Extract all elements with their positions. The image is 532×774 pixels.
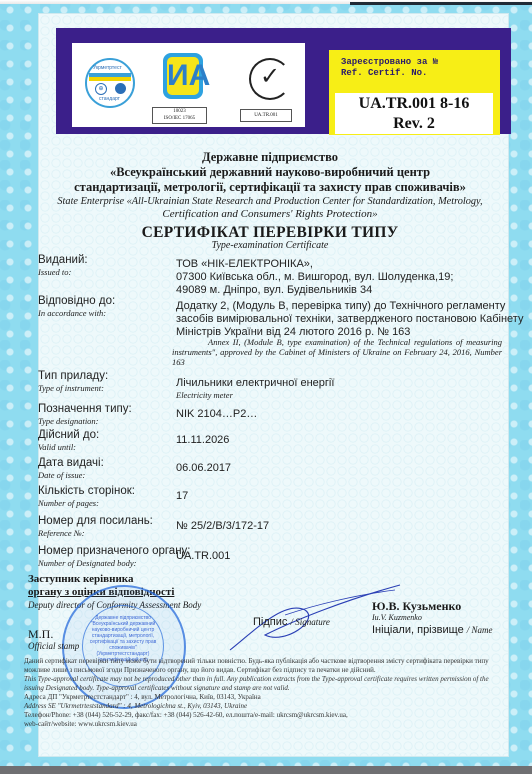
name-label: Ініціали, прізвище [372, 624, 464, 636]
instrument-type-label: Тип приладу: Type of instrument: [38, 370, 108, 393]
address-en: Address SE "Ukrmetrteststandard" : 4, Me… [24, 702, 504, 711]
stamp-text: Державне підприємство "Всеукраїнський де… [88, 615, 158, 663]
issuer-line-1: Державне підприємство [40, 150, 500, 165]
conformity-mark-icon: ✓ [249, 58, 291, 100]
mark-icon: ⊕ [95, 83, 107, 95]
logo-left-bottom-text: стандарт [99, 96, 120, 102]
designated-body-value: UA.TR.001 [176, 550, 230, 563]
issuer-block: Державне підприємство «Всеукраїнський де… [40, 150, 500, 221]
ref-label-en: Ref. Certif. No. [341, 68, 438, 79]
signatory-name: Ю.В. Кузьменко [372, 600, 493, 612]
accreditation-caption-number: 10023 [153, 108, 206, 115]
registration-box: Зареєстровано за № Ref. Certif. No. UA.T… [329, 50, 500, 135]
type-designation-label: Позначення типу: Type designation: [38, 403, 132, 426]
conformity-mark-caption: UA.TR.001 [240, 109, 292, 122]
pages-value: 17 [176, 490, 188, 503]
issuer-line-2: «Всеукраїнський державний науково-виробн… [40, 165, 500, 180]
ukrmetrteststandard-logo-icon: Укрметртест ⊕ стандарт [85, 58, 135, 108]
conformity-mark-glyph: ✓ [251, 62, 289, 90]
scan-bottom-edge [0, 766, 532, 774]
official-stamp-label: М.П. Official stamp [28, 628, 79, 652]
accordance-value: Додатку 2, (Модуль В, перевірка типу) до… [176, 300, 523, 339]
issuer-line-3: стандартизації, метрології, сертифікації… [40, 180, 500, 195]
accordance-en: Annex II, (Module B, type examination) o… [172, 337, 502, 367]
c-mark-icon [115, 83, 126, 94]
issuer-en-line-1: State Enterprise «All-Ukrainian State Re… [40, 195, 500, 208]
address-ua: Адреса ДП "Укрметртестстандарт" : 4, вул… [24, 693, 504, 702]
ref-revision: Rev. 2 [335, 114, 493, 134]
instrument-type-value: Лічильники електричної енергії Electrici… [176, 377, 334, 400]
valid-until-label: Дійсний до: Valid until: [38, 429, 99, 452]
issued-to-value: ТОВ «НІК-ЕЛЕКТРОНІКА», 07300 Київська об… [176, 258, 453, 297]
valid-until-value: 11.11.2026 [176, 434, 229, 447]
type-designation-value: NIK 2104…P2… [176, 408, 257, 421]
contact-website: web-сайт/website: www.ukrcsm.kiev.ua [24, 720, 504, 729]
designated-body-label: Номер призначеного органу: Number of Des… [38, 545, 191, 568]
notice-en: This Type-approval certificate may not b… [24, 675, 504, 693]
reference-value: № 25/2/В/3/172-17 [176, 520, 269, 533]
accreditation-caption: 10023 ISO/IEC 17065 [152, 107, 207, 124]
deputy-line-1: Заступник керівника [28, 573, 201, 586]
legal-notice: Даний сертифікат перевірки типу може бут… [24, 657, 504, 729]
contact-phone: Телефон/Phone: +38 (044) 526-52-29, факс… [24, 711, 504, 720]
scan-edge-shadow [350, 2, 532, 5]
issuer-en-line-2: Certification and Consumers' Rights Prot… [40, 208, 500, 221]
reference-label: Номер для посилань: Reference №: [38, 515, 153, 538]
signature-label: Підпис / Signature [253, 616, 330, 628]
issued-to-label: Виданий: Issued to: [38, 254, 88, 277]
ref-number: UA.TR.001 8-16 [335, 94, 493, 114]
signatory-name-block: Ю.В. Кузьменко Iu.V. Kuzmenko Ініціали, … [372, 600, 493, 636]
certificate-subtitle: Type-examination Certificate [40, 240, 500, 251]
accreditation-logo-icon: ИА [163, 53, 203, 99]
date-of-issue-label: Дата видачі: Date of issue: [38, 457, 104, 480]
accreditation-letters: ИА [167, 57, 199, 95]
signatory-name-en: Iu.V. Kuzmenko [372, 612, 493, 624]
logo-left-top-text: Укрметртест [93, 65, 122, 71]
ref-label-ua: Зареєстровано за № [341, 57, 438, 68]
pages-label: Кількість сторінок: Number of pages: [38, 485, 135, 508]
accreditation-caption-standard: ISO/IEC 17065 [153, 115, 206, 122]
ref-number-box: UA.TR.001 8-16 Rev. 2 [335, 93, 493, 134]
date-of-issue-value: 06.06.2017 [176, 462, 231, 475]
notice-ua: Даний сертифікат перевірки типу може бут… [24, 657, 504, 675]
logos-panel: Укрметртест ⊕ стандарт ИА 10023 ISO/IEC … [72, 43, 305, 127]
name-label-en: / Name [467, 625, 493, 635]
accordance-label: Відповідно до: In accordance with: [38, 295, 115, 318]
